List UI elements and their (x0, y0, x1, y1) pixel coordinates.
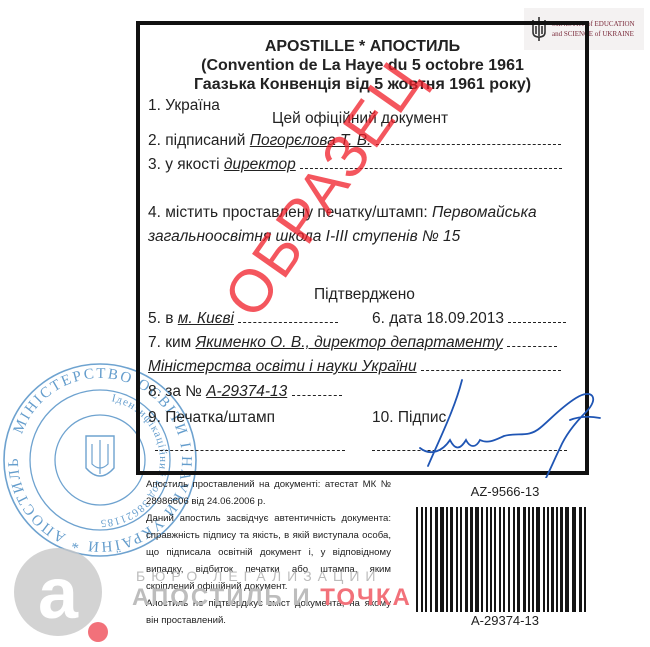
field-4-value-1: Первомайська (432, 204, 537, 221)
field-7-by-whom: 7. ким Якименко О. В., директор департам… (148, 334, 557, 352)
field-5-dashline (238, 322, 338, 323)
field-6-date: 6. дата 18.09.2013 (372, 310, 566, 328)
field-7-continued: Міністерства освіти і науки України (148, 358, 561, 376)
brand-name-red: ТОЧКА (320, 584, 412, 611)
field-6-label: 6. дата (372, 310, 422, 327)
field-7-label: 7. ким (148, 334, 191, 351)
field-2-dashline (376, 144, 561, 145)
brand-tagline: БЮРО ЛЕГАЛИЗАЦИИ (136, 568, 381, 584)
brand-logo: a (14, 548, 109, 643)
field-3-value: директор (224, 156, 296, 173)
brand-name: АПОСТИЛЬ И ТОЧКА (132, 584, 412, 612)
barcode-top-code: AZ-9566-13 (420, 484, 590, 499)
field-7-dashline-1 (507, 346, 557, 347)
apostille-title: APOSTILLE * АПОСТИЛЬ (136, 38, 589, 56)
brand-dot-icon (88, 622, 108, 642)
field-8-label: 8. за № (148, 383, 202, 400)
field-7-dashline-2 (421, 370, 561, 371)
brand-name-gray: АПОСТИЛЬ И (132, 584, 320, 611)
confirmed-heading: Підтверджено (314, 286, 415, 304)
barcode (416, 507, 591, 612)
field-7-value-1: Якименко О. В., директор департаменту (196, 334, 503, 351)
field-2-label: 2. підписаний (148, 132, 245, 149)
field-8-dashline (292, 395, 342, 396)
field-8-value: А-29374-13 (206, 383, 287, 400)
signature (400, 378, 640, 478)
field-6-value: 18.09.2013 (426, 310, 504, 327)
brand-logo-letter: a (38, 554, 79, 634)
field-8-number: 8. за № А-29374-13 (148, 383, 342, 401)
field-5-label: 5. в (148, 310, 173, 327)
field-1-country: 1. Україна (148, 97, 220, 115)
field-6-dashline (508, 322, 566, 323)
field-5-value: м. Києві (178, 310, 234, 327)
field-9-seal-label: 9. Печатка/штамп (148, 409, 275, 427)
field-9-dashline (155, 450, 345, 451)
field-7-value-2: Міністерства освіти і науки України (148, 358, 417, 375)
note-document-info: Апостиль проставлений на документі: атес… (146, 476, 391, 510)
barcode-bottom-code: А-29374-13 (420, 613, 590, 628)
field-3-label: 3. у якості (148, 156, 220, 173)
